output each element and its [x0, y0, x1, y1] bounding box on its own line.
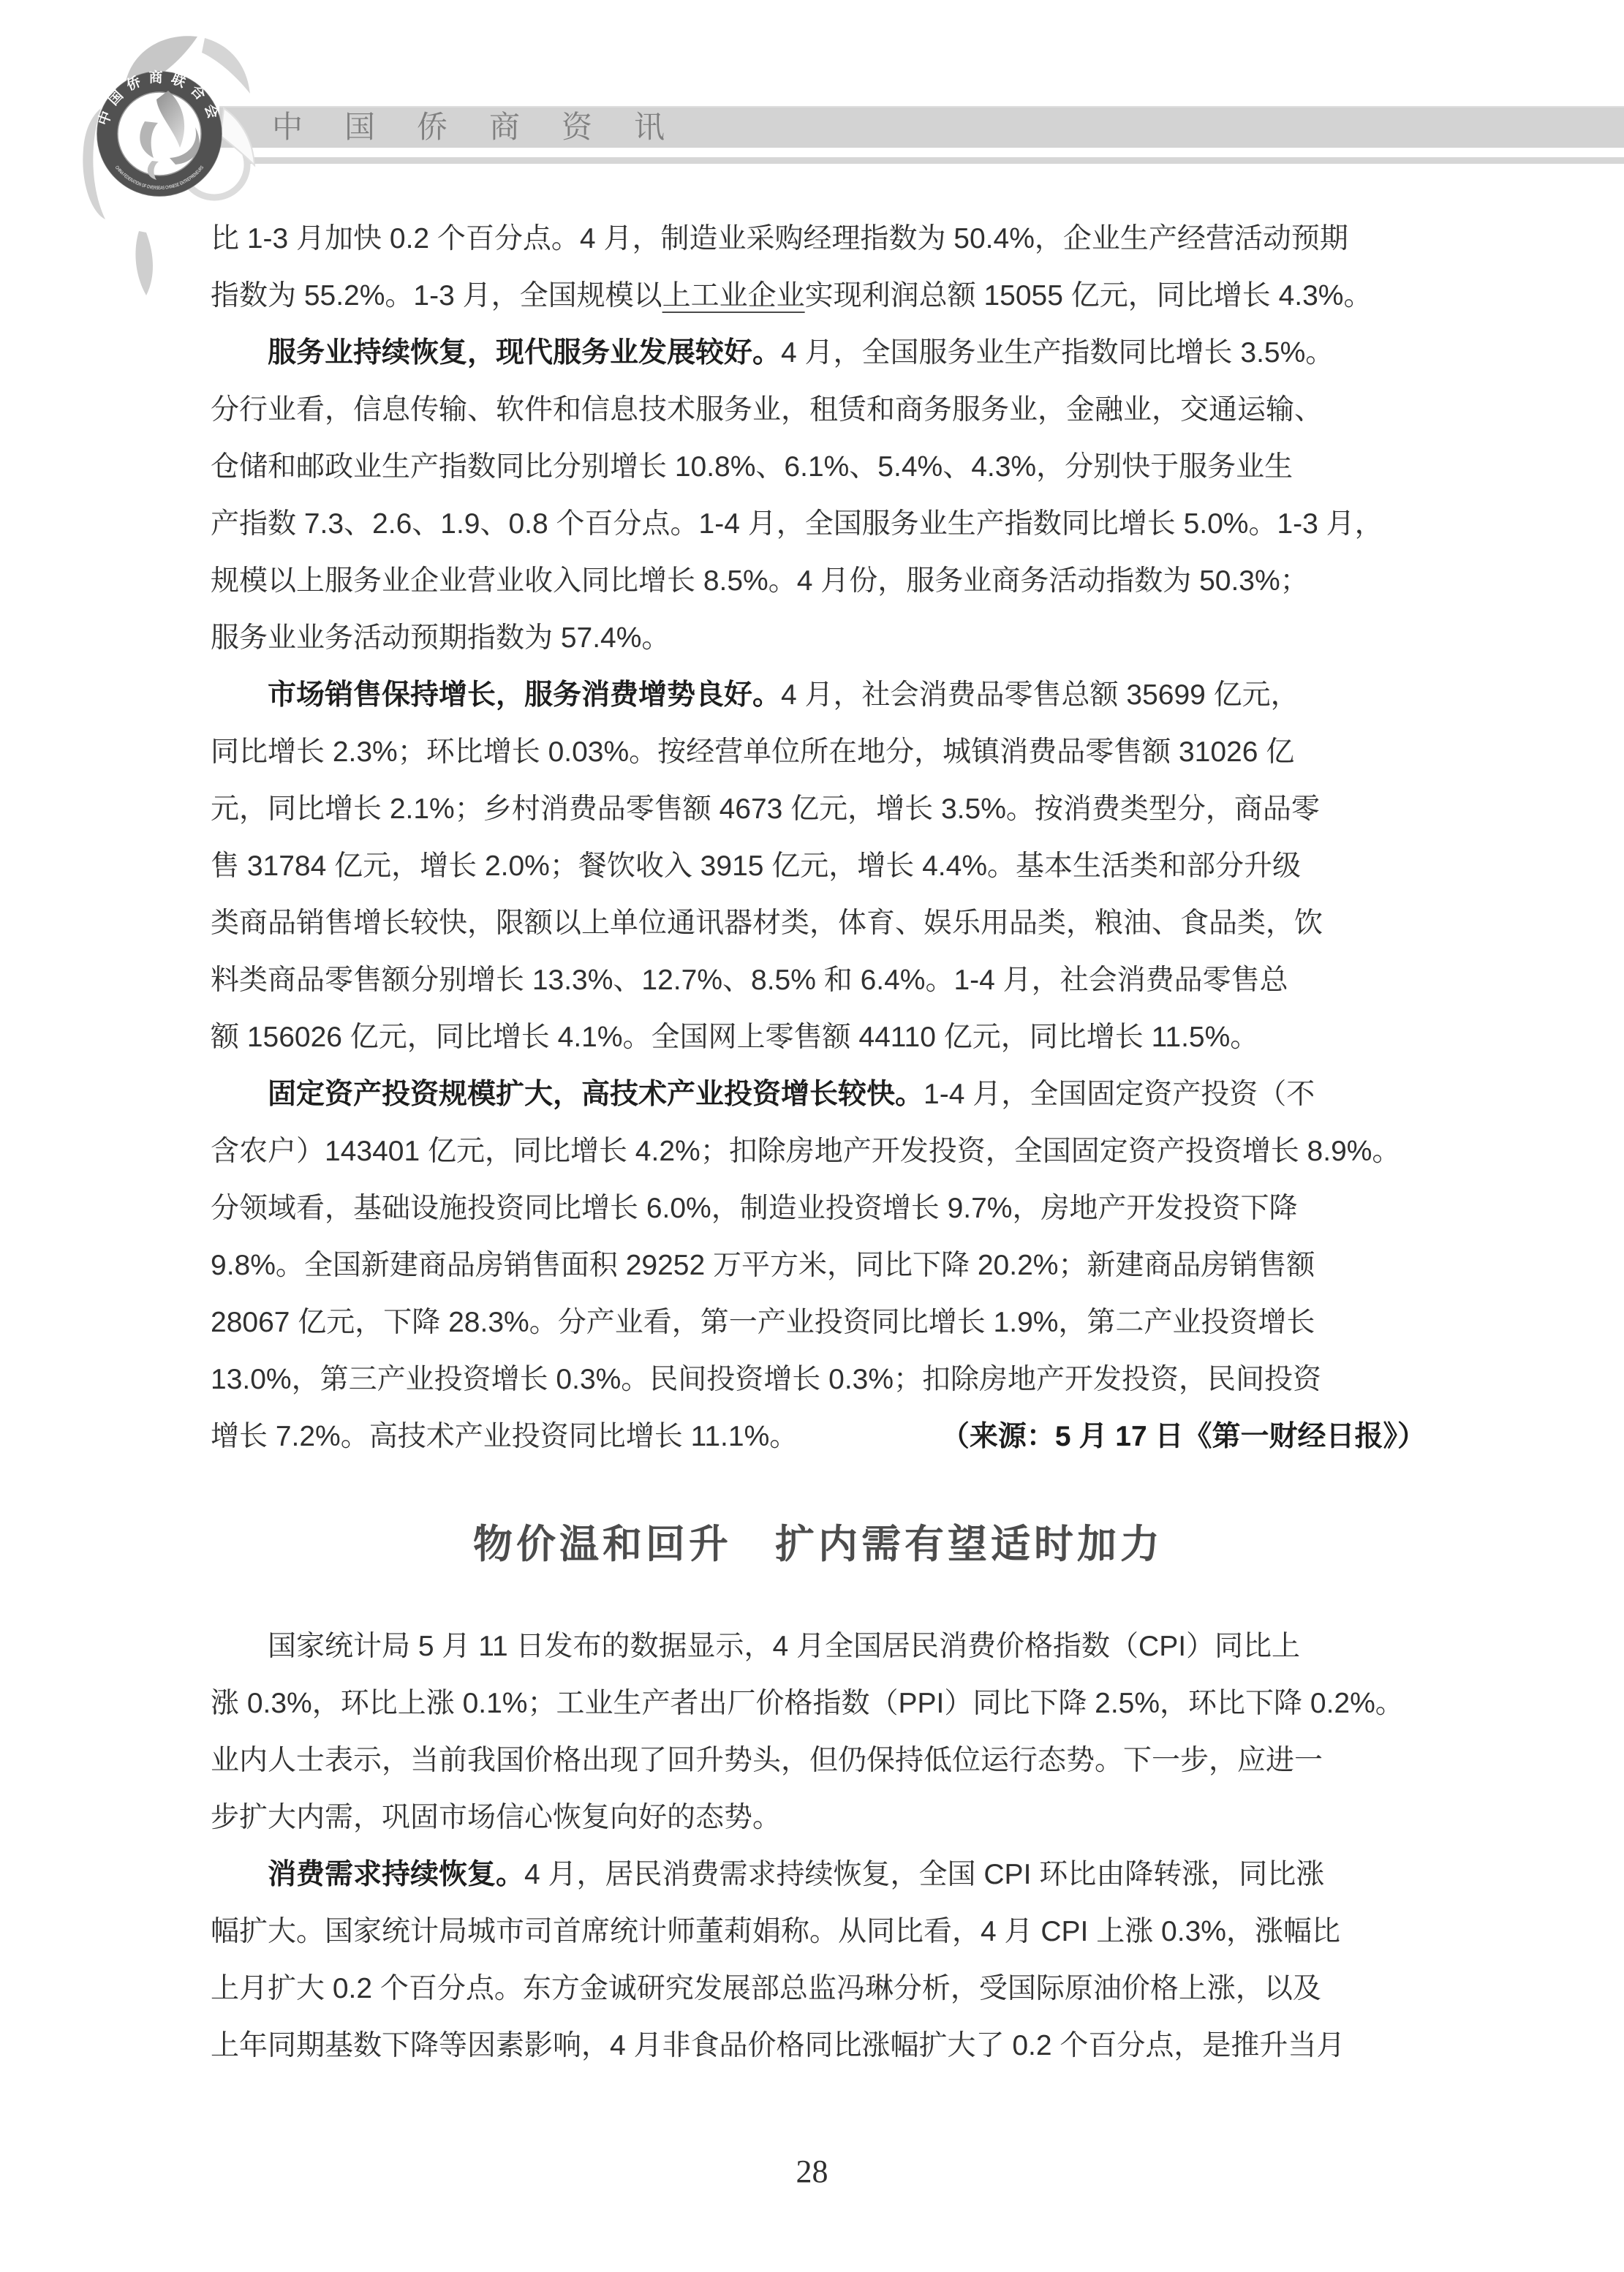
text-segment: 比 1-3 月加快 0.2 个百分点。4 月，制造业采购经理指数为 50.4%，… [211, 223, 1348, 254]
text-segment: 分行业看，信息传输、软件和信息技术服务业，租赁和商务服务业，金融业，交通运输、 [211, 394, 1323, 426]
body-line: 业内人士表示，当前我国价格出现了回升势头，但仍保持低位运行态势。下一步，应进一 [211, 1732, 1426, 1789]
text-segment: 上年同期基数下降等因素影响，4 月非食品价格同比涨幅扩大了 0.2 个百分点，是… [211, 2030, 1345, 2061]
text-segment: 固定资产投资规模扩大，高技术产业投资增长较快。 [268, 1079, 924, 1110]
text-segment [211, 1859, 268, 1890]
body-line: 上年同期基数下降等因素影响，4 月非食品价格同比涨幅扩大了 0.2 个百分点，是… [211, 2018, 1426, 2075]
text-segment: 含农户）143401 亿元，同比增长 4.2%；扣除房地产开发投资，全国固定资产… [211, 1136, 1400, 1167]
text-segment: 9.8%。全国新建商品房销售面积 29252 万平方米，同比下降 20.2%；新… [211, 1250, 1315, 1281]
text-segment: 上工业企业 [662, 280, 805, 312]
text-segment: 分领域看，基础设施投资同比增长 6.0%，制造业投资增长 9.7%，房地产开发投… [211, 1193, 1297, 1224]
body-line: 涨 0.3%，环比上涨 0.1%；工业生产者出厂价格指数（PPI）同比下降 2.… [211, 1675, 1426, 1732]
text-segment: 额 156026 亿元，同比增长 4.1%。全国网上零售额 44110 亿元，同… [211, 1022, 1258, 1053]
text-segment: 指数为 55.2%。1-3 月，全国规模以 [211, 280, 662, 312]
body-line: 28067 亿元，下降 28.3%。分产业看，第一产业投资同比增长 1.9%，第… [211, 1294, 1426, 1351]
body-line: 料类商品零售额分别增长 13.3%、12.7%、8.5% 和 6.4%。1-4 … [211, 952, 1426, 1009]
text-segment: 4 月，全国服务业生产指数同比增长 3.5%。 [781, 337, 1334, 369]
text-segment: 幅扩大。国家统计局城市司首席统计师董莉娟称。从同比看，4 月 CPI 上涨 0.… [211, 1916, 1340, 1947]
text-segment: 仓储和邮政业生产指数同比分别增长 10.8%、6.1%、5.4%、4.3%，分别… [211, 451, 1293, 483]
text-segment: 13.0%，第三产业投资增长 0.3%。民间投资增长 0.3%；扣除房地产开发投… [211, 1364, 1321, 1395]
body-line: 产指数 7.3、2.6、1.9、0.8 个百分点。1-4 月，全国服务业生产指数… [211, 496, 1426, 553]
text-segment: 上月扩大 0.2 个百分点。东方金诚研究发展部总监冯琳分析，受国际原油价格上涨，… [211, 1973, 1321, 2004]
article1-lines: 比 1-3 月加快 0.2 个百分点。4 月，制造业采购经理指数为 50.4%，… [211, 211, 1426, 1465]
text-segment: 涨 0.3%，环比上涨 0.1%；工业生产者出厂价格指数（PPI）同比下降 2.… [211, 1688, 1404, 1719]
masthead-band: 中国侨商资讯 [219, 106, 1624, 148]
text-segment: 规模以上服务业企业营业收入同比增长 8.5%。4 月份，服务业商务活动指数为 5… [211, 565, 1309, 597]
body-line: 国家统计局 5 月 11 日发布的数据显示，4 月全国居民消费价格指数（CPI）… [211, 1618, 1426, 1675]
body-line: 13.0%，第三产业投资增长 0.3%。民间投资增长 0.3%；扣除房地产开发投… [211, 1351, 1426, 1408]
text-segment: 4 月，居民消费需求持续恢复，全国 CPI 环比由降转涨，同比涨 [524, 1859, 1324, 1890]
source-attribution: （来源：5 月 17 日《第一财经日报》） [941, 1408, 1426, 1465]
text-segment: 同比增长 2.3%；环比增长 0.03%。按经营单位所在地分，城镇消费品零售额 … [211, 736, 1294, 768]
body-line: 上月扩大 0.2 个百分点。东方金诚研究发展部总监冯琳分析，受国际原油价格上涨，… [211, 1960, 1426, 2018]
text-segment [211, 337, 268, 369]
text-segment: 1-4 月，全国固定资产投资（不 [924, 1079, 1315, 1110]
body-line: 服务业持续恢复，现代服务业发展较好。4 月，全国服务业生产指数同比增长 3.5%… [211, 325, 1426, 382]
body-line: 类商品销售增长较快，限额以上单位通讯器材类，体育、娱乐用品类，粮油、食品类，饮 [211, 895, 1426, 952]
text-segment [211, 1079, 268, 1110]
body-line: 指数为 55.2%。1-3 月，全国规模以上工业企业实现利润总额 15055 亿… [211, 268, 1426, 325]
text-segment: 28067 亿元，下降 28.3%。分产业看，第一产业投资同比增长 1.9%，第… [211, 1307, 1315, 1338]
journal-page: { "header": { "masthead": "中国侨商资讯", "log… [0, 0, 1624, 2272]
body-line: 消费需求持续恢复。4 月，居民消费需求持续恢复，全国 CPI 环比由降转涨，同比… [211, 1846, 1426, 1903]
text-segment: 服务业持续恢复，现代服务业发展较好。 [268, 337, 781, 369]
masthead-band-thin [246, 157, 1624, 164]
body-line: 比 1-3 月加快 0.2 个百分点。4 月，制造业采购经理指数为 50.4%，… [211, 211, 1426, 268]
text-segment: 增长 7.2%。高技术产业投资同比增长 11.1%。 [211, 1421, 798, 1452]
body-line: 步扩大内需，巩固市场信心恢复向好的态势。 [211, 1789, 1426, 1846]
text-segment: 市场销售保持增长，服务消费增势良好。 [268, 679, 781, 711]
text-segment [211, 679, 268, 711]
article2-lines: 国家统计局 5 月 11 日发布的数据显示，4 月全国居民消费价格指数（CPI）… [211, 1618, 1426, 2075]
text-segment: 售 31784 亿元，增长 2.0%；餐饮收入 3915 亿元，增长 4.4%。… [211, 850, 1301, 882]
body-line: （来源：5 月 17 日《第一财经日报》）增长 7.2%。高技术产业投资同比增长… [211, 1408, 1426, 1465]
text-segment: 国家统计局 5 月 11 日发布的数据显示，4 月全国居民消费价格指数（CPI）… [211, 1631, 1300, 1662]
body-line: 分领域看，基础设施投资同比增长 6.0%，制造业投资增长 9.7%，房地产开发投… [211, 1180, 1426, 1237]
body-line: 元，同比增长 2.1%；乡村消费品零售额 4673 亿元，增长 3.5%。按消费… [211, 781, 1426, 838]
text-segment: 消费需求持续恢复。 [268, 1859, 524, 1890]
text-segment: 元，同比增长 2.1%；乡村消费品零售额 4673 亿元，增长 3.5%。按消费… [211, 793, 1320, 825]
body-line: 售 31784 亿元，增长 2.0%；餐饮收入 3915 亿元，增长 4.4%。… [211, 838, 1426, 895]
masthead-title: 中国侨商资讯 [219, 107, 1624, 146]
article2-title: 物价温和回升 扩内需有望适时加力 [211, 1514, 1426, 1575]
body-line: 额 156026 亿元，同比增长 4.1%。全国网上零售额 44110 亿元，同… [211, 1009, 1426, 1066]
body-line: 规模以上服务业企业营业收入同比增长 8.5%。4 月份，服务业商务活动指数为 5… [211, 553, 1426, 610]
text-segment: 业内人士表示，当前我国价格出现了回升势头，但仍保持低位运行态势。下一步，应进一 [211, 1745, 1323, 1776]
text-segment: 服务业业务活动预期指数为 57.4%。 [211, 622, 670, 654]
body-line: 市场销售保持增长，服务消费增势良好。4 月，社会消费品零售总额 35699 亿元… [211, 667, 1426, 724]
page-number: 28 [0, 2150, 1624, 2194]
text-segment: 产指数 7.3、2.6、1.9、0.8 个百分点。1-4 月，全国服务业生产指数… [211, 508, 1383, 540]
body-line: 服务业业务活动预期指数为 57.4%。 [211, 610, 1426, 667]
body-line: 仓储和邮政业生产指数同比分别增长 10.8%、6.1%、5.4%、4.3%，分别… [211, 439, 1426, 496]
text-segment: 4 月，社会消费品零售总额 35699 亿元， [781, 679, 1299, 711]
body-line: 9.8%。全国新建商品房销售面积 29252 万平方米，同比下降 20.2%；新… [211, 1237, 1426, 1294]
page-body: 比 1-3 月加快 0.2 个百分点。4 月，制造业采购经理指数为 50.4%，… [211, 211, 1426, 2075]
body-line: 含农户）143401 亿元，同比增长 4.2%；扣除房地产开发投资，全国固定资产… [211, 1123, 1426, 1180]
text-segment: 类商品销售增长较快，限额以上单位通讯器材类，体育、娱乐用品类，粮油、食品类，饮 [211, 907, 1323, 939]
body-line: 同比增长 2.3%；环比增长 0.03%。按经营单位所在地分，城镇消费品零售额 … [211, 724, 1426, 781]
body-line: 固定资产投资规模扩大，高技术产业投资增长较快。1-4 月，全国固定资产投资（不 [211, 1066, 1426, 1123]
body-line: 幅扩大。国家统计局城市司首席统计师董莉娟称。从同比看，4 月 CPI 上涨 0.… [211, 1903, 1426, 1960]
text-segment: 步扩大内需，巩固市场信心恢复向好的态势。 [211, 1802, 781, 1833]
text-segment: 实现利润总额 15055 亿元，同比增长 4.3%。 [805, 280, 1372, 312]
body-line: 分行业看，信息传输、软件和信息技术服务业，租赁和商务服务业，金融业，交通运输、 [211, 382, 1426, 439]
text-segment: 料类商品零售额分别增长 13.3%、12.7%、8.5% 和 6.4%。1-4 … [211, 965, 1288, 996]
